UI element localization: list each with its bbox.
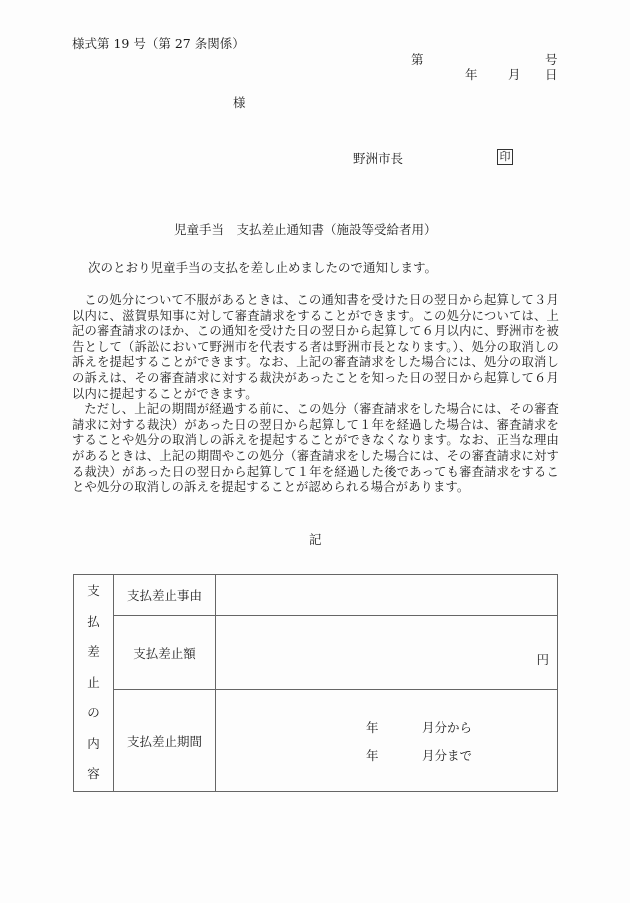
date-day-label: 日	[545, 65, 558, 83]
date-month-label: 月	[508, 65, 521, 83]
period-to: 年月分まで	[366, 746, 472, 764]
amount-label: 支払差止額	[114, 616, 216, 690]
amount-value-field[interactable]: 円	[216, 616, 558, 690]
document-title: 児童手当 支払差止通知書（施設等受給者用）	[174, 220, 437, 238]
document-number-prefix: 第	[411, 50, 424, 68]
yen-unit: 円	[536, 652, 549, 667]
period-value-field[interactable]: 年月分から 年月分まで	[216, 690, 558, 792]
table-row-reason: 支 払 差 止 の 内 容 支払差止事由	[74, 575, 558, 616]
ki-heading: 記	[309, 530, 322, 548]
table-row-amount: 支払差止額 円	[74, 616, 558, 690]
period-label: 支払差止期間	[114, 690, 216, 792]
period-from: 年月分から	[366, 718, 472, 736]
reason-label: 支払差止事由	[114, 575, 216, 616]
appeal-paragraph-2: ただし、上記の期間が経過する前に、この処分（審査請求をした場合には、その審査請求…	[72, 402, 559, 496]
form-number: 様式第 19 号（第 27 条関係）	[72, 34, 245, 52]
table-row-period: 支払差止期間 年月分から 年月分まで	[74, 690, 558, 792]
issuer-name: 野洲市長	[353, 149, 403, 167]
addressee-suffix: 様	[233, 93, 246, 111]
group-label: 支 払 差 止 の 内 容	[74, 575, 114, 792]
reason-value-field[interactable]	[216, 575, 558, 616]
seal-stamp-icon: 印	[497, 149, 513, 165]
suspension-details-table: 支 払 差 止 の 内 容 支払差止事由 支払差止額 円 支払差止期間 年月分か…	[73, 574, 558, 792]
appeal-paragraph-1: この処分について不服があるときは、この通知書を受けた日の翌日から起算して３月以内…	[72, 293, 559, 402]
appeal-notice: この処分について不服があるときは、この通知書を受けた日の翌日から起算して３月以内…	[72, 293, 559, 496]
lead-sentence: 次のとおり児童手当の支払を差し止めましたので通知します。	[88, 258, 437, 276]
date-year-label: 年	[465, 65, 478, 83]
